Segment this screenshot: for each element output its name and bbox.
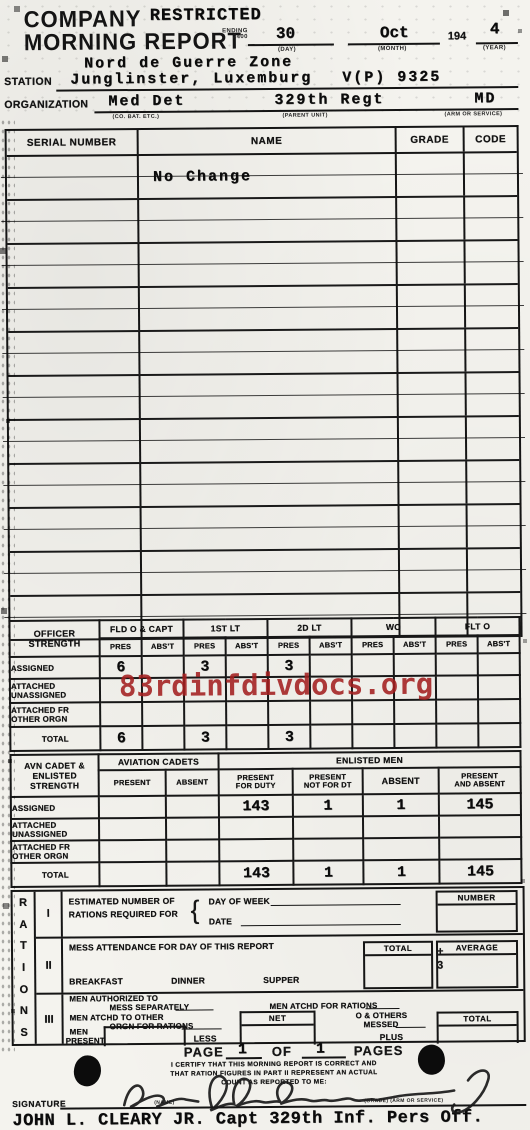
group-2d-lt: 2D LT <box>267 618 351 637</box>
rations-section-3: III MEN AUTHORIZED TO MESS SEPARATELY ME… <box>36 991 523 1044</box>
rations-section-2: II MESS ATTENDANCE FOR DAY OF THIS REPOR… <box>36 935 523 995</box>
table-row <box>7 241 517 289</box>
enlisted-strength-table: AVN CADET & ENLISTED STRENGTH AVIATION C… <box>9 750 522 888</box>
table-row <box>8 285 518 333</box>
table-row <box>9 461 519 509</box>
table-row <box>10 549 520 597</box>
number-box: NUMBER <box>436 890 518 933</box>
numeral-II: II <box>36 938 63 993</box>
average-box: AVERAGE <box>436 940 518 989</box>
total-box: TOTAL <box>363 940 433 989</box>
page-label: PAGE <box>184 1044 224 1059</box>
scanned-morning-report: COMPANY RESTRICTED MORNING REPORT ENDING… <box>0 0 530 1130</box>
col-grade: GRADE <box>397 127 465 152</box>
table-row: No Change <box>7 153 517 201</box>
table-row <box>7 197 517 245</box>
watermark: 83rdinfdivdocs.org <box>119 667 434 703</box>
col-name: NAME <box>139 128 397 154</box>
numeral-I: I <box>36 892 63 937</box>
roster-header-row: SERIAL NUMBER NAME GRADE CODE <box>7 127 517 157</box>
numeral-III: III <box>36 995 63 1044</box>
of-label: OF <box>272 1044 292 1059</box>
rations-section: RA TI ON S I ESTIMATED NUMBER OF RATIONS… <box>11 886 526 1046</box>
table-row <box>10 505 520 553</box>
enlisted-strength-title: AVN CADET & ENLISTED STRENGTH <box>10 754 98 797</box>
col-serial-number: SERIAL NUMBER <box>7 130 139 155</box>
pages-label: PAGES <box>354 1043 404 1058</box>
punch-hole-left <box>71 1053 104 1089</box>
net-box: NET <box>240 1011 316 1046</box>
men-present-box <box>104 1026 186 1047</box>
scan-specks <box>0 0 2 2</box>
officer-strength-title: OFFICERSTRENGTH <box>9 620 99 657</box>
page-number: 1 <box>238 1041 247 1058</box>
col-code: CODE <box>465 127 517 151</box>
group-aviation-cadets: AVIATION CADETS <box>98 753 218 770</box>
roster-table: SERIAL NUMBER NAME GRADE CODE No Change <box>5 125 523 641</box>
total-box-3: TOTAL <box>437 1011 519 1044</box>
signature <box>116 1066 508 1121</box>
no-change-entry: No Change <box>139 168 252 186</box>
enlisted-row-total: TOTAL 1431 1145 <box>11 859 521 887</box>
group-wo: WO <box>351 618 435 637</box>
group-flt-o: FLT O <box>435 617 519 636</box>
table-row <box>9 373 519 421</box>
officer-row-total: TOTAL 6 3 3 <box>10 723 520 751</box>
pages-total: 1 <box>316 1041 325 1058</box>
table-row <box>8 329 518 377</box>
signature-label: SIGNATURE <box>12 1099 66 1109</box>
group-1st-lt: 1ST LT <box>183 619 267 638</box>
brace: { <box>191 895 200 926</box>
rations-vertical-label: RA TI ON S <box>13 892 37 1044</box>
group-fldo-capt: FLD O & CAPT <box>99 620 183 639</box>
rations-section-1: I ESTIMATED NUMBER OF RATIONS REQUIRED F… <box>36 888 523 939</box>
scan-noise-top <box>0 0 530 120</box>
table-row <box>9 417 519 465</box>
scan-noise-left-edge <box>0 118 15 1053</box>
